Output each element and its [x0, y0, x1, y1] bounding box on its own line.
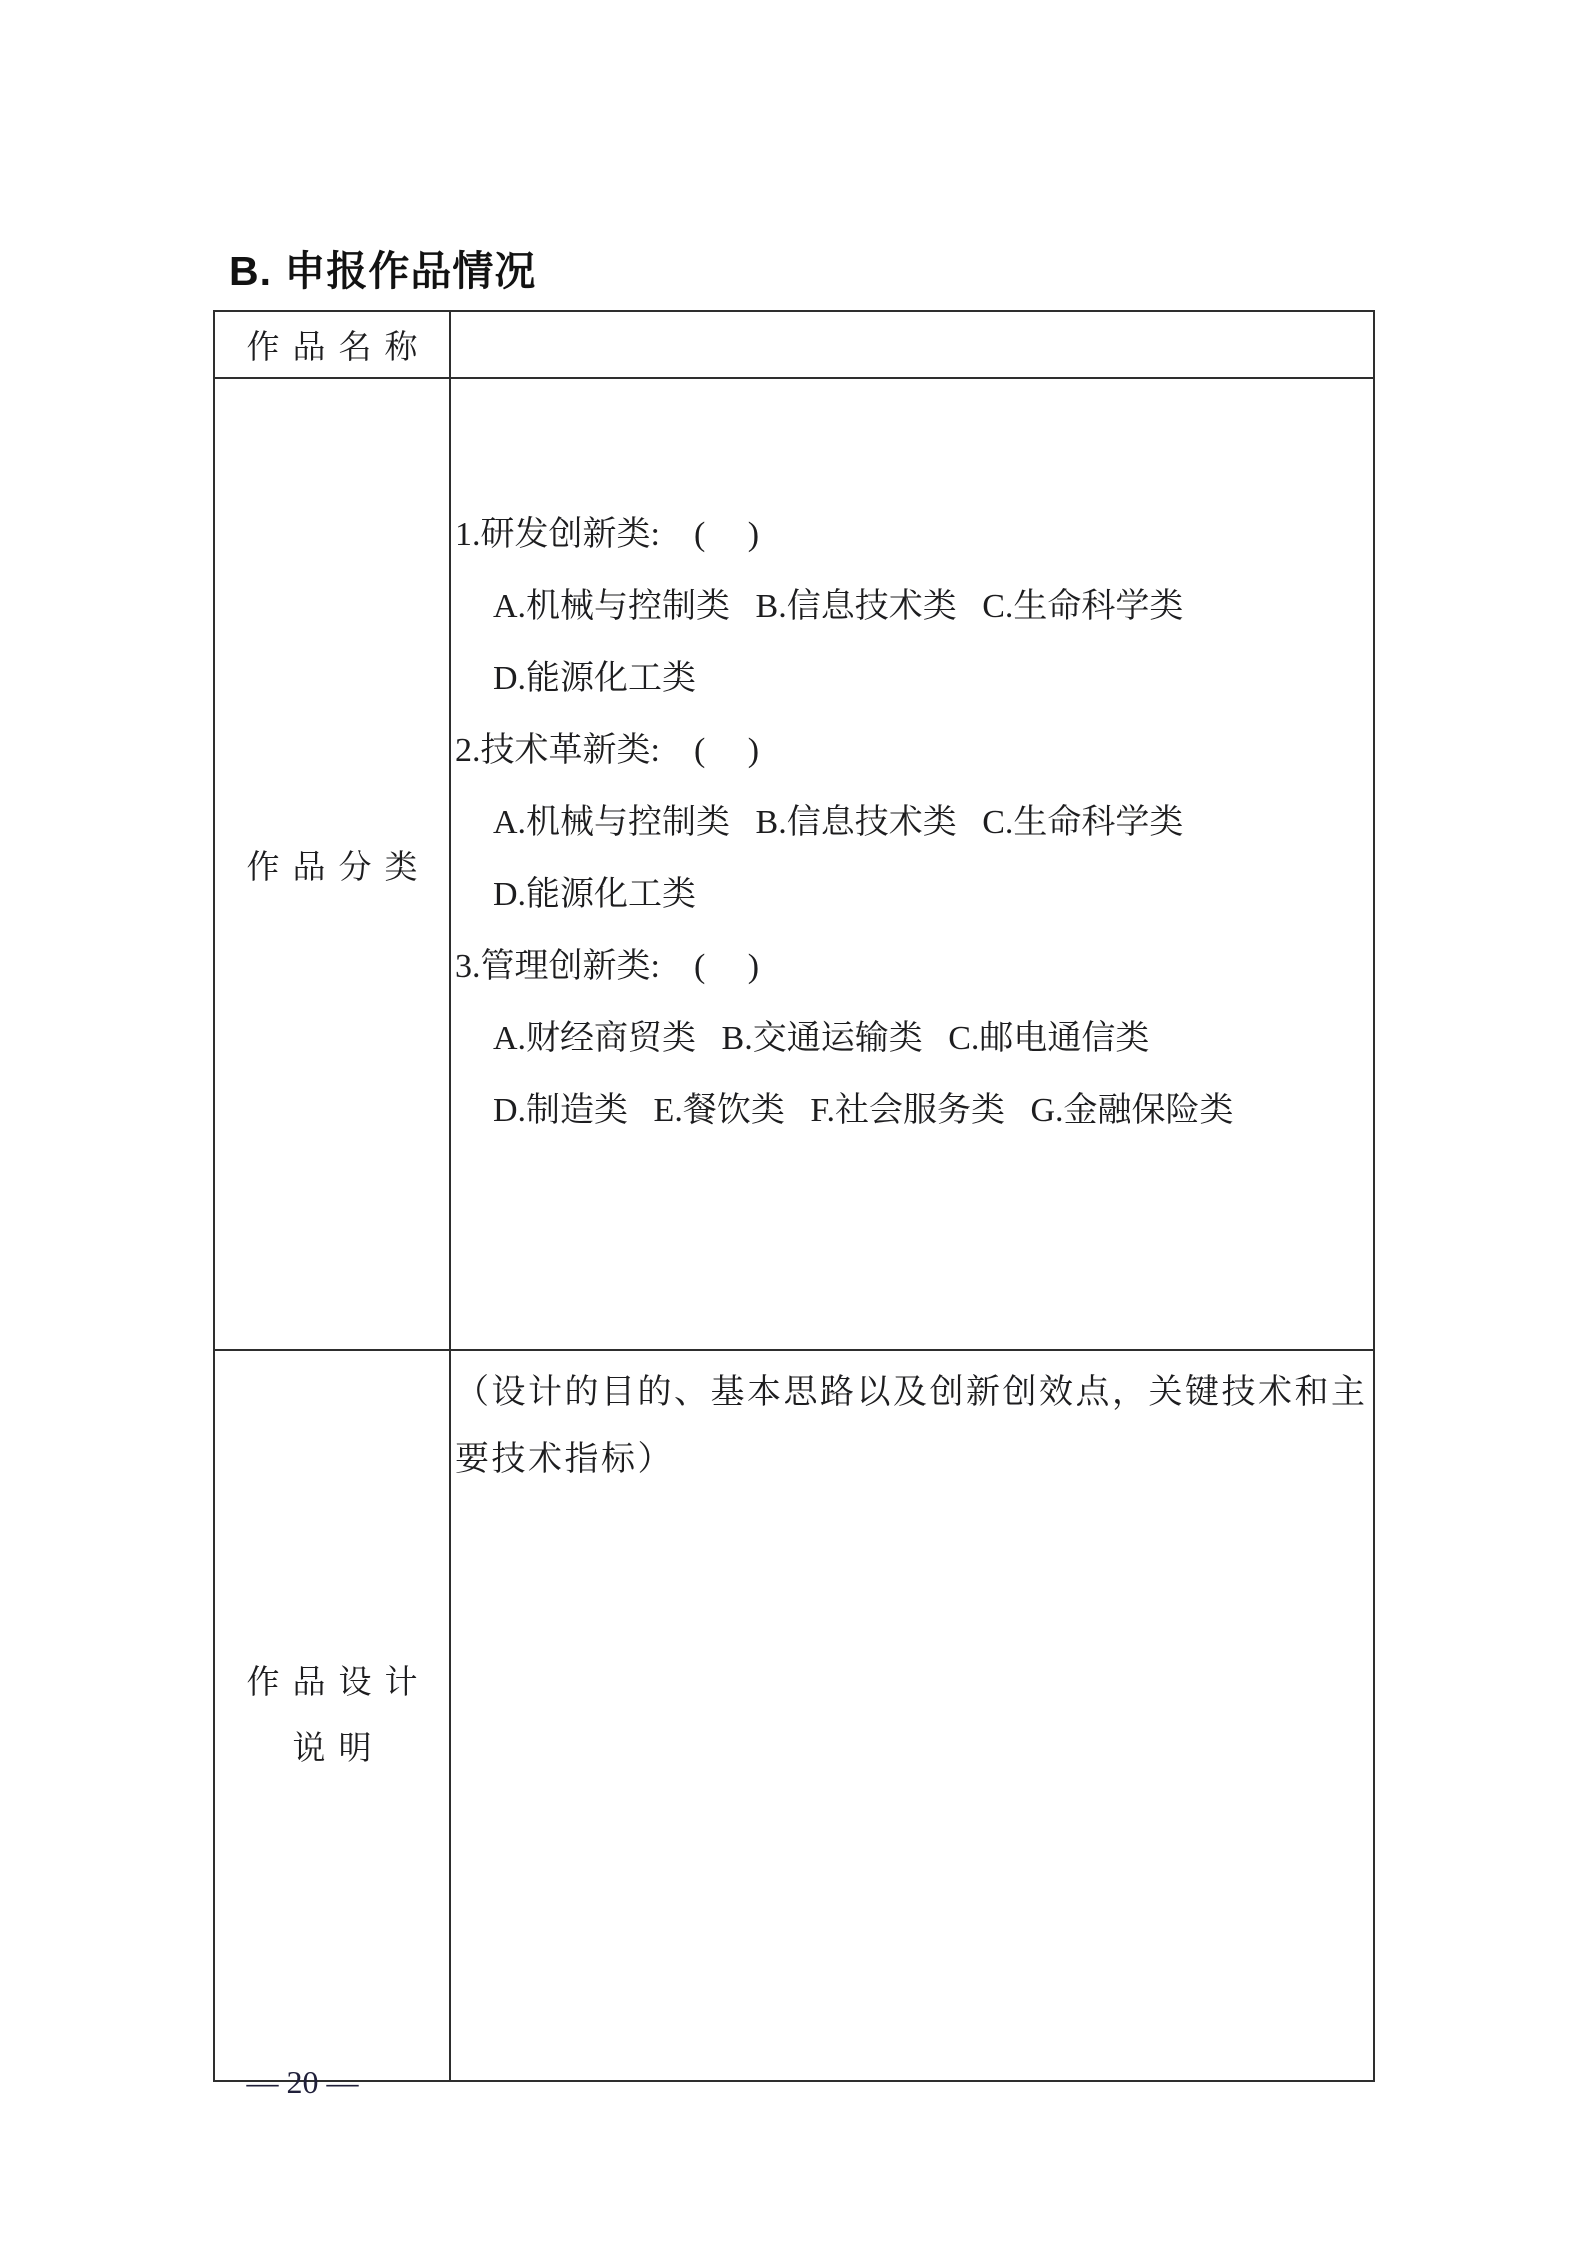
design-description-row: 作品设计 说明 （设计的目的、基本思路以及创新创效点，关键技术和主 要技术指标） — [214, 1350, 1374, 2081]
work-name-row: 作品名称 — [214, 311, 1374, 378]
application-form-table: 作品名称 作品分类 1.研发创新类: ( ) A.机械与控制类 B.信息技术类 … — [213, 310, 1375, 2082]
category-3-options-line-2: D.制造类 E.餐饮类 F.社会服务类 G.金融保险类 — [455, 1075, 1369, 1147]
category-2-title-line: 2.技术革新类: ( ) — [455, 715, 1369, 787]
work-category-options-area: 1.研发创新类: ( ) A.机械与控制类 B.信息技术类 C.生命科学类 D.… — [450, 378, 1374, 1350]
work-category-label: 作品分类 — [214, 378, 450, 1350]
work-name-label: 作品名称 — [214, 311, 450, 378]
design-description-hint-line-2: 要技术指标） — [455, 1426, 1369, 1493]
category-3-title-line: 3.管理创新类: ( ) — [455, 931, 1369, 1003]
category-2-options-line-2: D.能源化工类 — [455, 859, 1369, 931]
category-1-options-line-1: A.机械与控制类 B.信息技术类 C.生命科学类 — [455, 571, 1369, 643]
design-description-label-line-2: 说明 — [228, 1716, 449, 1782]
work-name-value-field — [450, 311, 1374, 378]
page-number: — 20 — — [210, 2064, 395, 2101]
work-category-row: 作品分类 1.研发创新类: ( ) A.机械与控制类 B.信息技术类 C.生命科… — [214, 378, 1374, 1350]
design-description-hint-line-1: （设计的目的、基本思路以及创新创效点，关键技术和主 — [455, 1359, 1369, 1426]
category-1-options-line-2: D.能源化工类 — [455, 643, 1369, 715]
design-description-label: 作品设计 说明 — [214, 1350, 450, 2081]
section-title: B. 申报作品情况 — [229, 238, 536, 297]
category-1-title-line: 1.研发创新类: ( ) — [455, 499, 1369, 571]
category-3-options-line-1: A.财经商贸类 B.交通运输类 C.邮电通信类 — [455, 1003, 1369, 1075]
design-description-area: （设计的目的、基本思路以及创新创效点，关键技术和主 要技术指标） — [450, 1350, 1374, 2081]
design-description-label-line-1: 作品设计 — [228, 1650, 449, 1716]
category-2-options-line-1: A.机械与控制类 B.信息技术类 C.生命科学类 — [455, 787, 1369, 859]
